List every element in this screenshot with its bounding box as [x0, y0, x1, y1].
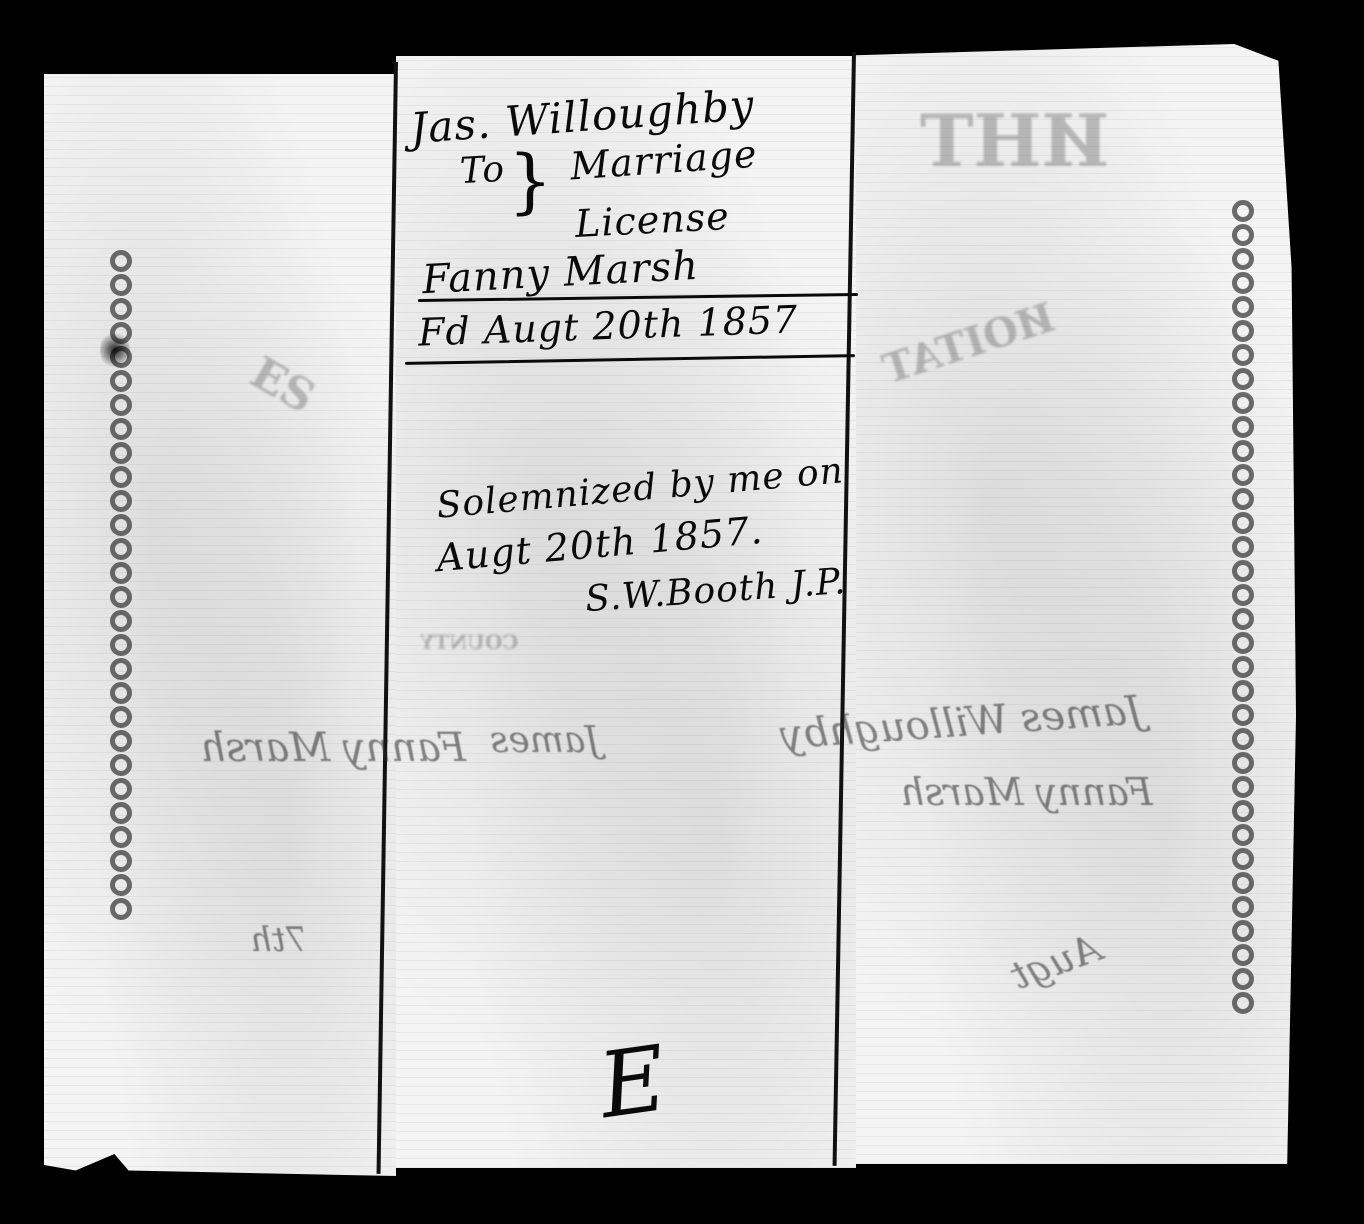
brace-mark: } [508, 140, 554, 222]
right-fold-panel [856, 44, 1296, 1164]
bleed-through-text: Fanny Marsh [200, 725, 466, 771]
scanned-document: ИHT ƧƎ ИOITAT COUNTY James Willoughby Fa… [0, 0, 1364, 1224]
ghost-header-text: ИHT [920, 98, 1110, 183]
bleed-through-text: Fanny Marsh [900, 770, 1153, 814]
ornamental-border-right [1232, 200, 1254, 1014]
left-fold-panel [44, 74, 396, 1176]
ink-blot [100, 330, 130, 370]
initial-mark: E [593, 1026, 674, 1139]
to-label: To [459, 149, 506, 192]
bleed-through-text: 7th [250, 920, 307, 960]
bleed-through-text: James [490, 720, 600, 761]
docket-title-line2: License [574, 194, 731, 246]
ghost-county-text: COUNTY [420, 630, 518, 654]
